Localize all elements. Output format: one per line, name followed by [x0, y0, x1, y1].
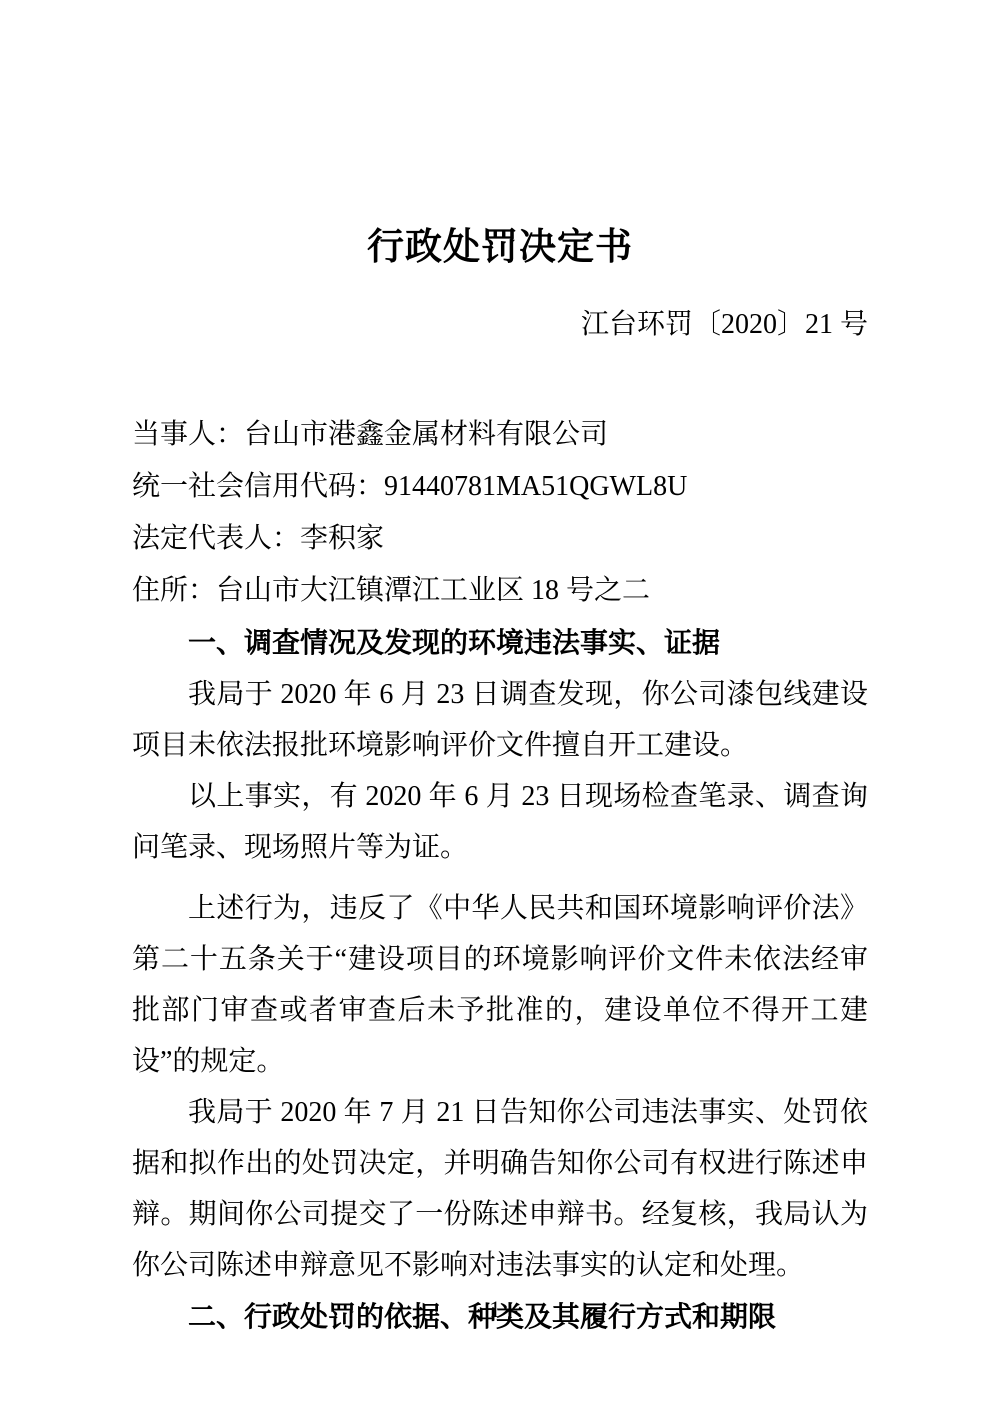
- credit-code-line: 统一社会信用代码：91440781MA51QGWL8U: [132, 461, 868, 513]
- party-name-line: 当事人：台山市港鑫金属材料有限公司: [132, 409, 868, 461]
- page-number: - 1 -: [0, 1296, 992, 1324]
- party-info: 当事人：台山市港鑫金属材料有限公司 统一社会信用代码：91440781MA51Q…: [132, 409, 868, 617]
- document-number: 江台环罚〔2020〕21 号: [132, 305, 868, 345]
- section-1-heading: 一、调查情况及发现的环境违法事实、证据: [132, 617, 868, 669]
- section-1-paragraph-3: 上述行为，违反了《中华人民共和国环境影响评价法》第二十五条关于“建设项目的环境影…: [132, 883, 868, 1087]
- document-page: 行政处罚决定书 江台环罚〔2020〕21 号 当事人：台山市港鑫金属材料有限公司…: [0, 0, 992, 1403]
- section-1-paragraph-4: 我局于 2020 年 7 月 21 日告知你公司违法事实、处罚依据和拟作出的处罚…: [132, 1087, 868, 1291]
- legal-representative-line: 法定代表人：李积家: [132, 513, 868, 565]
- address-line: 住所：台山市大江镇潭江工业区 18 号之二: [132, 565, 868, 617]
- section-1-paragraph-2: 以上事实，有 2020 年 6 月 23 日现场检查笔录、调查询问笔录、现场照片…: [132, 771, 868, 873]
- section-1-paragraph-1: 我局于 2020 年 6 月 23 日调查发现，你公司漆包线建设项目未依法报批环…: [132, 669, 868, 771]
- document-title: 行政处罚决定书: [132, 227, 868, 268]
